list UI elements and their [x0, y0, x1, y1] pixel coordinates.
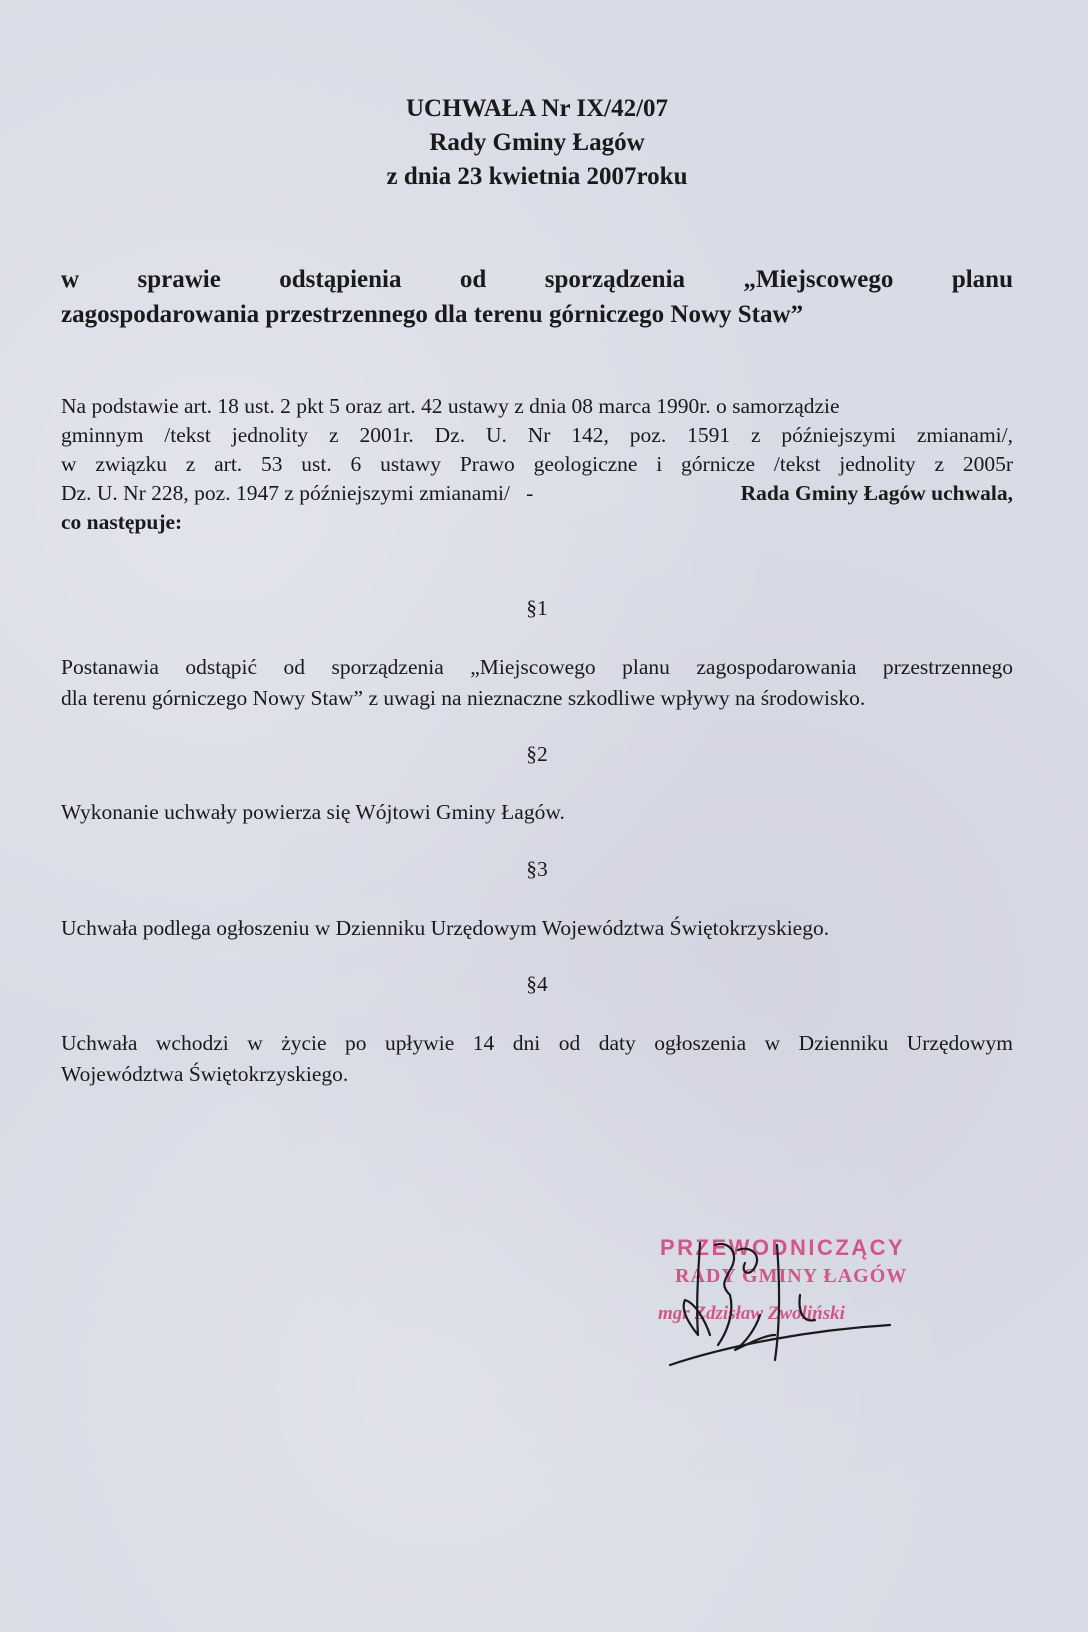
- basis-line-3: w związku z art. 53 ust. 6 ustawy Prawo …: [61, 450, 1013, 479]
- paragraph-4-text: Uchwała wchodzi w życie po upływie 14 dn…: [61, 1028, 1013, 1090]
- resolution-number: UCHWAŁA Nr IX/42/07: [61, 92, 1013, 126]
- basis-line-1: Na podstawie art. 18 ust. 2 pkt 5 oraz a…: [61, 392, 1013, 421]
- paragraph-4-mark: §4: [61, 972, 1013, 997]
- basis-line-2: gminnym /tekst jednolity z 2001r. Dz. U.…: [61, 421, 1013, 450]
- paragraph-2-text: Wykonanie uchwały powierza się Wójtowi G…: [61, 797, 1013, 828]
- paragraph-3-mark: §3: [61, 857, 1013, 882]
- handwritten-signature-icon: [640, 1185, 940, 1385]
- subject-line-1: w sprawie odstąpienia od sporządzenia „M…: [61, 262, 1013, 297]
- signature-stamp: PRZEWODNICZĄCY RADY GMINY ŁAGÓW mgr Zdzi…: [640, 1225, 940, 1355]
- resolution-subject: w sprawie odstąpienia od sporządzenia „M…: [61, 262, 1013, 332]
- legal-basis: Na podstawie art. 18 ust. 2 pkt 5 oraz a…: [61, 392, 1013, 537]
- paragraph-3-text: Uchwała podlega ogłoszeniu w Dzienniku U…: [61, 913, 1013, 944]
- basis-line-5: co następuje:: [61, 508, 1013, 537]
- council-name: Rady Gminy Łagów: [61, 126, 1013, 160]
- resolution-header: UCHWAŁA Nr IX/42/07 Rady Gminy Łagów z d…: [61, 92, 1013, 194]
- paragraph-2-mark: §2: [61, 742, 1013, 767]
- subject-line-2: zagospodarowania przestrzennego dla tere…: [61, 297, 1013, 332]
- paragraph-1-text: Postanawia odstąpić od sporządzenia „Mie…: [61, 652, 1013, 714]
- paragraph-1-mark: §1: [61, 596, 1013, 621]
- resolution-date: z dnia 23 kwietnia 2007roku: [61, 160, 1013, 194]
- basis-line-4: Dz. U. Nr 228, poz. 1947 z późniejszymi …: [61, 479, 1013, 508]
